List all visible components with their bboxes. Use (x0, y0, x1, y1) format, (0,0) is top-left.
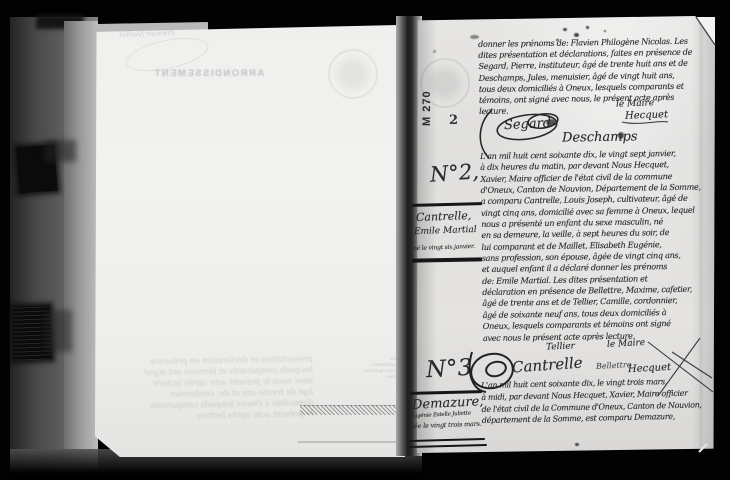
act3-text-block: L'an mil huit cent soixante dix, le ving… (481, 376, 702, 428)
ghost-thin-line (298, 441, 396, 443)
signature-witness: Bellettre (596, 360, 632, 371)
left-blank-page: Premier feuillet ARRONDISSEMENT présenta… (95, 24, 405, 457)
act1-text-block: donner les prénoms de: Flavien Philogène… (478, 36, 693, 118)
ghost-bleedthrough-header: ARRONDISSEMENT (153, 68, 264, 79)
act3-number: N°3 (425, 355, 473, 383)
ghost-hatched-line (300, 405, 398, 415)
ghost-printed-fragments: timbre enregistrement vu pour légalisati… (298, 356, 402, 380)
ink-smudge (575, 443, 579, 446)
signature-witness: Deschamps (562, 129, 638, 145)
signature-witness: Tellier (546, 341, 575, 352)
signature-mayor: Hecquet (628, 362, 672, 375)
tape-smear (44, 140, 76, 162)
signature-mayor: Hecquet (625, 109, 668, 121)
ink-smudge (563, 28, 567, 31)
mayor-label: le Maire (616, 98, 654, 109)
registry-scan: Premier feuillet ARRONDISSEMENT présenta… (0, 0, 730, 480)
faint-round-stamp (328, 49, 378, 99)
signature-witness: Segard (504, 116, 552, 133)
margin-name: Cantrelle, (416, 209, 472, 224)
ghost-line: le présent acte après lecture (113, 409, 313, 423)
ghost-print-line: le maire (298, 374, 402, 380)
ghost-bleedthrough-lines: présentation et déclaration en présence … (112, 354, 313, 423)
act2-text-block: L'an mil huit cent soixante dix, le ving… (480, 148, 703, 344)
mayor-label: le Maire (607, 338, 646, 350)
ink-smudge (574, 33, 579, 37)
tape-smear (46, 310, 72, 352)
ink-smudge (604, 30, 606, 32)
ink-smudge (586, 26, 589, 29)
ink-smudge (433, 50, 436, 53)
registry-number-stamp: M 270 (421, 90, 433, 126)
folio-number: 2 (449, 113, 458, 128)
page-stack-edge (64, 21, 98, 463)
act2-number: N°2, (429, 159, 479, 186)
